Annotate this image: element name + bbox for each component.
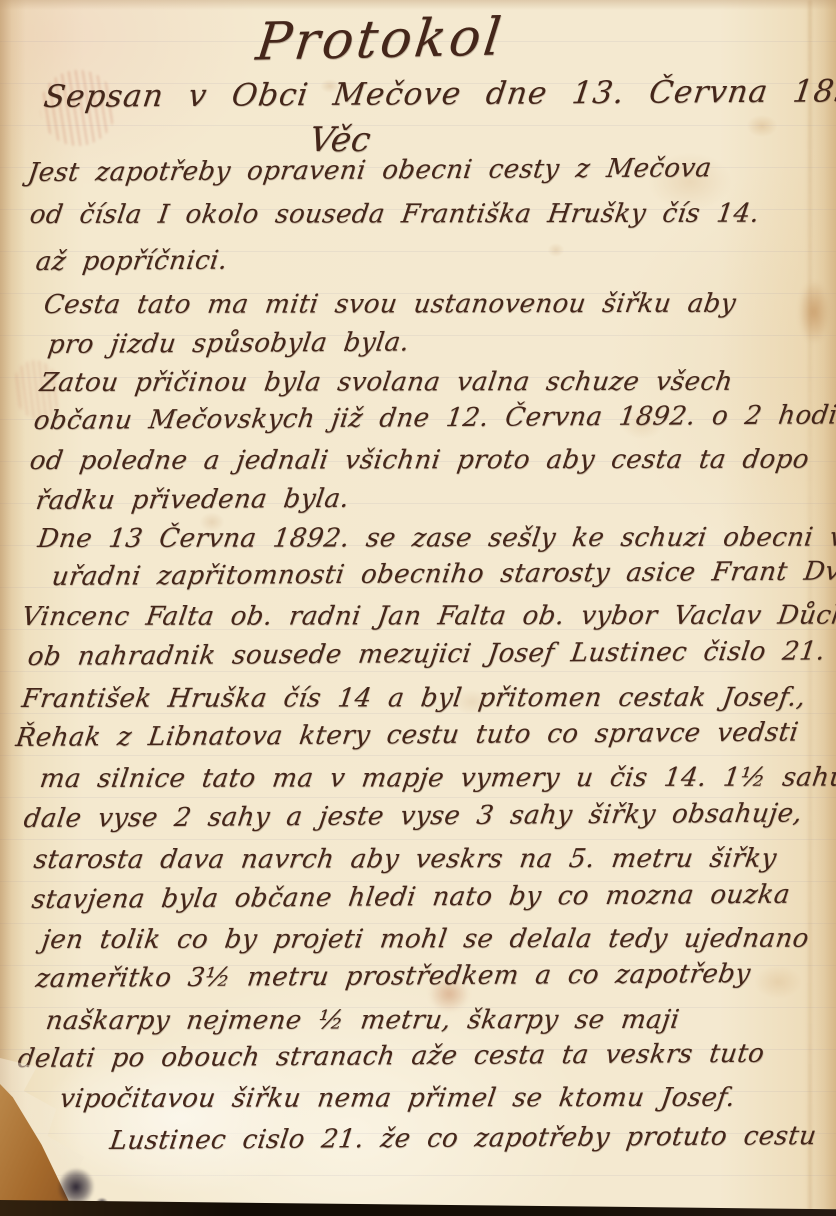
manuscript-line: stavjena byla občane hledi nato by co mo… [30,880,792,915]
manuscript-line: občanu Mečovskych již dne 12. Června 189… [32,400,836,436]
manuscript-line: uřadni zapřitomnosti obecniho starosty a… [50,556,836,592]
manuscript-line: delati po obouch stranach aže cesta ta v… [16,1039,766,1074]
manuscript-line: starosta dava navrch aby veskrs na 5. me… [32,844,779,875]
manuscript-line: od poledne a jednali všichni proto aby c… [28,445,811,476]
manuscript-line: Vincenc Falta ob. radni Jan Falta ob. vy… [20,600,836,632]
manuscript-line: od čísla I okolo souseda Františka Hrušk… [28,199,761,230]
manuscript-line: pro jizdu spůsobyla byla. [46,327,411,360]
manuscript-line: naškarpy nejmene ½ metru, škarpy se maji [44,1005,681,1036]
manuscript-line: Jest zapotřeby opraveni obecni cesty z M… [26,153,713,188]
manuscript-line: vipočitavou šiřku nema přimel se ktomu J… [58,1083,737,1114]
scanned-page: Protokol Sepsan v Obci Mečove dne 13. Če… [0,0,836,1216]
manuscript-line: Lustinec cislo 21. že co zapotřeby protu… [108,1121,818,1156]
section-heading: Věc [247,120,433,160]
manuscript-line: jen tolik co by projeti mohl se delala t… [40,924,811,955]
document-dateline: Sepsan v Obci Mečove dne 13. Června 1892… [42,73,836,115]
manuscript-line: František Hruška čís 14 a byl přitomen c… [20,683,808,714]
manuscript-line: až popříčnici. [34,246,230,277]
manuscript-text: Protokol Sepsan v Obci Mečove dne 13. Če… [0,0,836,1216]
manuscript-line: Řehak z Libnatova ktery cestu tuto co sp… [14,718,800,753]
manuscript-line: Zatou přičinou byla svolana valna schuze… [38,367,735,398]
manuscript-line: řadku přivedena byla. [34,484,351,516]
manuscript-line: ma silnice tato ma v mapje vymery u čis … [38,763,836,794]
manuscript-line: Cesta tato ma miti svou ustanovenou šiřk… [42,289,738,320]
manuscript-line: ob nahradnik sousede mezujici Josef Lust… [26,636,827,672]
manuscript-line: Dne 13 Června 1892. se zase sešly ke sch… [36,522,836,554]
manuscript-line: zameřitko 3½ metru prostředkem a co zapo… [34,959,752,994]
manuscript-line: dale vyse 2 sahy a jeste vyse 3 sahy šiř… [22,799,804,834]
document-title: Protokol [156,5,603,74]
